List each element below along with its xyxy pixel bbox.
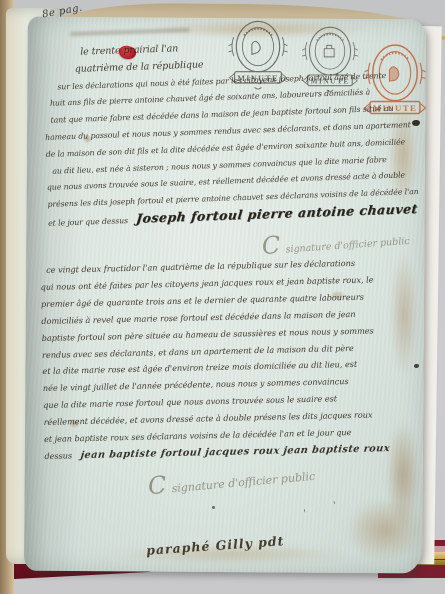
death-act-1: le trente prairial l'an quatrième de la …	[42, 33, 420, 233]
act1-closing: et le jour que dessus	[48, 213, 128, 233]
photo-of-register: 8e pag. MINUTE	[0, 0, 445, 594]
death-act-2: ce vingt deux fructidor l'an quatrième d…	[40, 254, 417, 466]
act2-closing: dessus	[44, 447, 72, 465]
